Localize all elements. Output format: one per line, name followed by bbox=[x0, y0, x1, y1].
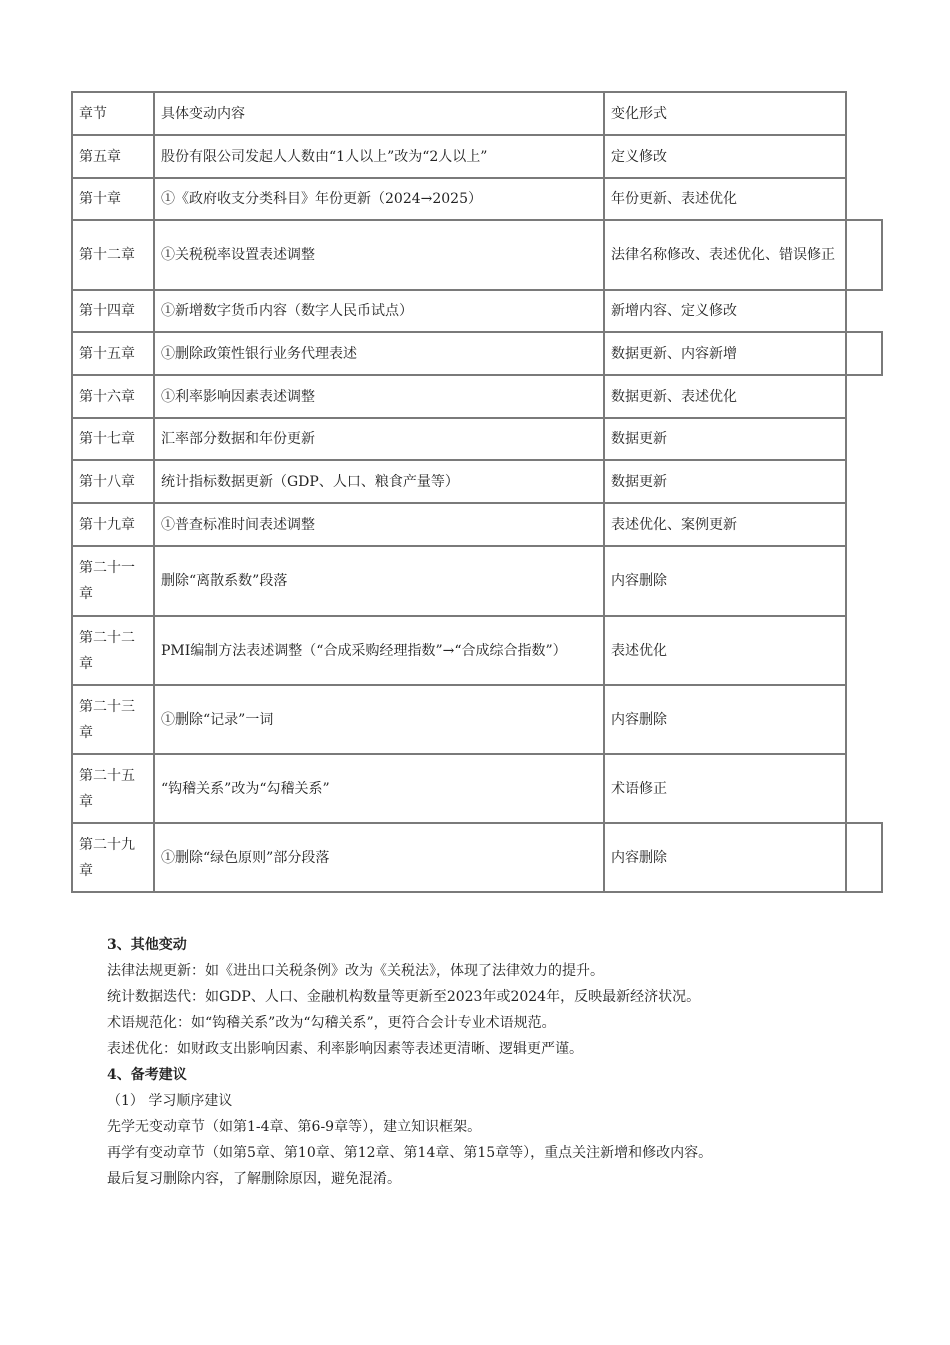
table-row: 第十二章 ①关税税率设置表述调整 法律名称修改、表述优化、错误修正 bbox=[72, 220, 882, 290]
table-row: 第十四章 ①新增数字货币内容（数字人民币试点） 新增内容、定义修改 bbox=[72, 290, 882, 332]
chapter-cell: 第十八章 bbox=[72, 460, 154, 503]
chapter-cell: 第十六章 bbox=[72, 375, 154, 418]
content-cell: ①删除政策性银行业务代理表述 bbox=[154, 332, 604, 375]
section-4-subheading: （1） 学习顺序建议 bbox=[107, 1088, 712, 1114]
table-row: 第十七章 汇率部分数据和年份更新 数据更新 bbox=[72, 418, 882, 460]
form-cell: 定义修改 bbox=[604, 135, 846, 178]
chapter-cell: 第五章 bbox=[72, 135, 154, 178]
form-cell: 新增内容、定义修改 bbox=[604, 290, 846, 332]
form-cell: 数据更新、表述优化 bbox=[604, 375, 846, 418]
section-3-heading: 3、其他变动 bbox=[107, 932, 712, 958]
extra-cell bbox=[846, 220, 882, 290]
section-4-heading: 4、备考建议 bbox=[107, 1062, 712, 1088]
section-4-line: 最后复习删除内容，了解删除原因，避免混淆。 bbox=[107, 1166, 712, 1192]
table-row: 第十章 ①《政府收支分类科目》年份更新（2024→2025） 年份更新、表述优化 bbox=[72, 178, 882, 220]
section-3-line: 表述优化：如财政支出影响因素、利率影响因素等表述更清晰、逻辑更严谨。 bbox=[107, 1036, 712, 1062]
content-cell: ①利率影响因素表述调整 bbox=[154, 375, 604, 418]
table-row: 第十五章 ①删除政策性银行业务代理表述 数据更新、内容新增 bbox=[72, 332, 882, 375]
section-3-line: 术语规范化：如“钩稽关系”改为“勾稽关系”，更符合会计专业术语规范。 bbox=[107, 1010, 712, 1036]
content-cell: ①删除“记录”一词 bbox=[154, 685, 604, 754]
form-cell: 表述优化、案例更新 bbox=[604, 503, 846, 546]
content-cell: 统计指标数据更新（GDP、人口、粮食产量等） bbox=[154, 460, 604, 503]
table-row: 第十九章 ①普查标准时间表述调整 表述优化、案例更新 bbox=[72, 503, 882, 546]
chapter-cell: 第二十一章 bbox=[72, 546, 154, 616]
form-cell: 年份更新、表述优化 bbox=[604, 178, 846, 220]
extra-cell bbox=[846, 332, 882, 375]
content-cell: “钩稽关系”改为“勾稽关系” bbox=[154, 754, 604, 823]
header-content: 具体变动内容 bbox=[154, 92, 604, 135]
chapter-cell: 第二十五章 bbox=[72, 754, 154, 823]
content-cell: 删除“离散系数”段落 bbox=[154, 546, 604, 616]
content-cell: ①新增数字货币内容（数字人民币试点） bbox=[154, 290, 604, 332]
section-3-line: 统计数据迭代：如GDP、人口、金融机构数量等更新至2023年或2024年，反映最… bbox=[107, 984, 712, 1010]
chapter-cell: 第十九章 bbox=[72, 503, 154, 546]
table-row: 第二十二章 PMI编制方法表述调整（“合成采购经理指数”→“合成综合指数”） 表… bbox=[72, 616, 882, 685]
table-row: 第二十九章 ①删除“绿色原则”部分段落 内容删除 bbox=[72, 823, 882, 892]
extra-cell bbox=[846, 823, 882, 892]
content-cell: ①普查标准时间表述调整 bbox=[154, 503, 604, 546]
chapter-cell: 第二十二章 bbox=[72, 616, 154, 685]
chapter-cell: 第十四章 bbox=[72, 290, 154, 332]
header-chapter: 章节 bbox=[72, 92, 154, 135]
chapter-cell: 第十二章 bbox=[72, 220, 154, 290]
content-cell: 汇率部分数据和年份更新 bbox=[154, 418, 604, 460]
document-page: 章节 具体变动内容 变化形式 第五章 股份有限公司发起人人数由“1人以上”改为“… bbox=[0, 0, 950, 1345]
chapter-cell: 第二十九章 bbox=[72, 823, 154, 892]
table-row: 第二十五章 “钩稽关系”改为“勾稽关系” 术语修正 bbox=[72, 754, 882, 823]
form-cell: 内容删除 bbox=[604, 823, 846, 892]
table-row: 第二十一章 删除“离散系数”段落 内容删除 bbox=[72, 546, 882, 616]
form-cell: 术语修正 bbox=[604, 754, 846, 823]
content-cell: ①删除“绿色原则”部分段落 bbox=[154, 823, 604, 892]
table-row: 第五章 股份有限公司发起人人数由“1人以上”改为“2人以上” 定义修改 bbox=[72, 135, 882, 178]
content-cell: ①关税税率设置表述调整 bbox=[154, 220, 604, 290]
table-header-row: 章节 具体变动内容 变化形式 bbox=[72, 92, 882, 135]
form-cell: 表述优化 bbox=[604, 616, 846, 685]
content-cell: 股份有限公司发起人人数由“1人以上”改为“2人以上” bbox=[154, 135, 604, 178]
section-3-line: 法律法规更新：如《进出口关税条例》改为《关税法》，体现了法律效力的提升。 bbox=[107, 958, 712, 984]
table-row: 第十六章 ①利率影响因素表述调整 数据更新、表述优化 bbox=[72, 375, 882, 418]
notes-section: 3、其他变动 法律法规更新：如《进出口关税条例》改为《关税法》，体现了法律效力的… bbox=[107, 932, 712, 1192]
section-4-line: 先学无变动章节（如第1-4章、第6-9章等），建立知识框架。 bbox=[107, 1114, 712, 1140]
chapter-cell: 第十五章 bbox=[72, 332, 154, 375]
form-cell: 内容删除 bbox=[604, 546, 846, 616]
content-cell: ①《政府收支分类科目》年份更新（2024→2025） bbox=[154, 178, 604, 220]
table-row: 第十八章 统计指标数据更新（GDP、人口、粮食产量等） 数据更新 bbox=[72, 460, 882, 503]
form-cell: 数据更新 bbox=[604, 418, 846, 460]
section-4-line: 再学有变动章节（如第5章、第10章、第12章、第14章、第15章等），重点关注新… bbox=[107, 1140, 712, 1166]
form-cell: 法律名称修改、表述优化、错误修正 bbox=[604, 220, 846, 290]
table-row: 第二十三章 ①删除“记录”一词 内容删除 bbox=[72, 685, 882, 754]
changes-table: 章节 具体变动内容 变化形式 第五章 股份有限公司发起人人数由“1人以上”改为“… bbox=[71, 91, 883, 893]
chapter-cell: 第十章 bbox=[72, 178, 154, 220]
form-cell: 内容删除 bbox=[604, 685, 846, 754]
chapter-cell: 第二十三章 bbox=[72, 685, 154, 754]
form-cell: 数据更新 bbox=[604, 460, 846, 503]
content-cell: PMI编制方法表述调整（“合成采购经理指数”→“合成综合指数”） bbox=[154, 616, 604, 685]
header-form: 变化形式 bbox=[604, 92, 846, 135]
form-cell: 数据更新、内容新增 bbox=[604, 332, 846, 375]
chapter-cell: 第十七章 bbox=[72, 418, 154, 460]
